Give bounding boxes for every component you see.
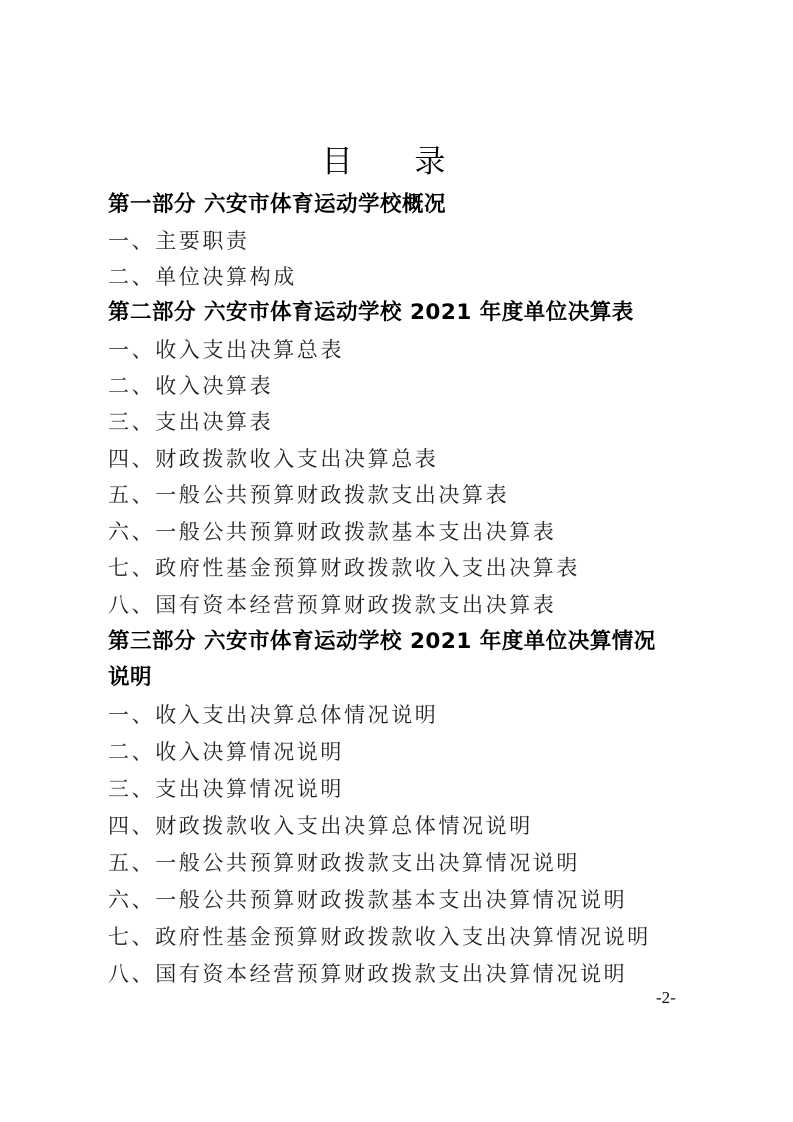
toc-item: 七、政府性基金预算财政拨款收入支出决算情况说明 bbox=[108, 922, 651, 952]
toc-item: 四、财政拨款收入支出决算总表 bbox=[108, 444, 438, 474]
toc-item: 七、政府性基金预算财政拨款收入支出决算表 bbox=[108, 553, 580, 583]
toc-item: 五、一般公共预算财政拨款支出决算情况说明 bbox=[108, 848, 580, 878]
toc-part-3-heading: 第三部分 六安市体育运动学校 2021 年度单位决算情况 bbox=[108, 627, 656, 657]
toc-item: 六、一般公共预算财政拨款基本支出决算情况说明 bbox=[108, 885, 627, 915]
toc-item: 二、收入决算表 bbox=[108, 371, 273, 401]
document-page: 目 录 第一部分 六安市体育运动学校概况 一、主要职责 二、单位决算构成 第二部… bbox=[0, 0, 793, 1122]
toc-part-3-heading-continued: 说明 bbox=[108, 663, 152, 693]
toc-item: 二、收入决算情况说明 bbox=[108, 737, 344, 767]
toc-item: 五、一般公共预算财政拨款支出决算表 bbox=[108, 480, 509, 510]
toc-title: 目 录 bbox=[0, 140, 793, 184]
toc-item: 三、支出决算表 bbox=[108, 407, 273, 437]
toc-item: 八、国有资本经营预算财政拨款支出决算情况说明 bbox=[108, 959, 627, 989]
toc-item: 四、财政拨款收入支出决算总体情况说明 bbox=[108, 811, 533, 841]
toc-item: 一、主要职责 bbox=[108, 226, 250, 256]
toc-item: 六、一般公共预算财政拨款基本支出决算表 bbox=[108, 517, 556, 547]
toc-item: 一、收入支出决算总体情况说明 bbox=[108, 700, 438, 730]
toc-part-2-heading: 第二部分 六安市体育运动学校 2021 年度单位决算表 bbox=[108, 298, 634, 328]
page-number: -2- bbox=[656, 988, 676, 1008]
toc-item: 八、国有资本经营预算财政拨款支出决算表 bbox=[108, 590, 556, 620]
toc-item: 三、支出决算情况说明 bbox=[108, 774, 344, 804]
toc-part-1-heading: 第一部分 六安市体育运动学校概况 bbox=[108, 190, 446, 220]
toc-item: 二、单位决算构成 bbox=[108, 262, 297, 292]
toc-item: 一、收入支出决算总表 bbox=[108, 335, 344, 365]
